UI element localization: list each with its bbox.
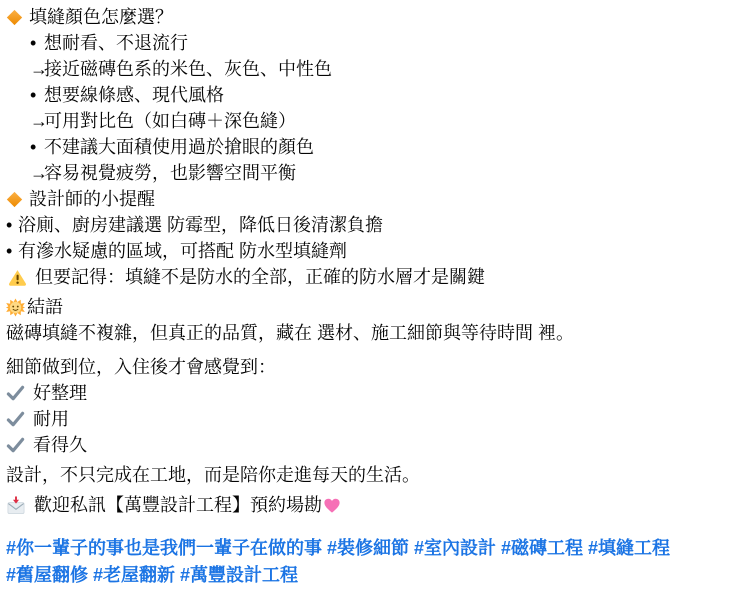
check-mark-icon (6, 385, 25, 402)
section-heading: 設計師的小提醒 (6, 186, 722, 212)
hashtag-links[interactable]: #你一輩子的事也是我們一輩子在做的事 #裝修細節 #室內設計 #磁磚工程 #填縫… (6, 535, 670, 561)
arrow-marker: → (30, 56, 44, 82)
list-item: • 不建議大面積使用過於搶眼的顏色 (6, 134, 722, 160)
hashtag-links[interactable]: #舊屋翻修 #老屋翻新 #萬豐設計工程 (6, 562, 298, 588)
pink-heart-icon (323, 497, 341, 514)
arrow-marker: → (30, 160, 44, 186)
section-heading-text: 設計師的小提醒 (29, 186, 155, 212)
hashtag-line[interactable]: #舊屋翻修 #老屋翻新 #萬豐設計工程 (6, 561, 722, 588)
list-item: → 可用對比色（如白磚＋深色縫） (6, 108, 722, 134)
checklist-item-text: 看得久 (33, 432, 87, 458)
section-heading-text: 填縫顏色怎麼選？ (29, 4, 173, 30)
hashtags-block: #你一輩子的事也是我們一輩子在做的事 #裝修細節 #室內設計 #磁磚工程 #填縫… (6, 534, 722, 588)
grout-color-section: 填縫顏色怎麼選？ • 想耐看、不退流行 → 接近磁磚色系的米色、灰色、中性色 •… (6, 4, 722, 186)
incoming-envelope-icon (6, 496, 26, 515)
orange-diamond-icon (6, 9, 23, 26)
list-item-text: 浴廁、廚房建議選 防霉型，降低日後清潔負擔 (18, 212, 383, 238)
list-item-text: 不建議大面積使用過於搶眼的顏色 (44, 134, 314, 160)
conclusion-heading: 結語 (6, 294, 722, 320)
bullet-marker: • (30, 82, 44, 108)
sun-with-face-icon (6, 298, 25, 317)
cta-text: 歡迎私訊【萬豐設計工程】預約場勘 (34, 492, 322, 518)
list-item-text: 想要線條感、現代風格 (44, 82, 224, 108)
hashtag-line[interactable]: #你一輩子的事也是我們一輩子在做的事 #裝修細節 #室內設計 #磁磚工程 #填縫… (6, 534, 722, 561)
list-item-text: 可用對比色（如白磚＋深色縫） (44, 108, 296, 134)
list-item-text: 有滲水疑慮的區域，可搭配 防水型填縫劑 (18, 238, 347, 264)
list-item: • 浴廁、廚房建議選 防霉型，降低日後清潔負擔 (6, 212, 722, 238)
warning-note: 但要記得：填縫不是防水的全部，正確的防水層才是關鍵 (6, 264, 722, 290)
warning-text: 但要記得：填縫不是防水的全部，正確的防水層才是關鍵 (35, 264, 485, 290)
warning-icon (8, 269, 27, 286)
closing-statement: 設計，不只完成在工地，而是陪你走進每天的生活。 (6, 462, 722, 488)
list-item-text: 容易視覺疲勞，也影響空間平衡 (44, 160, 296, 186)
conclusion-heading-text: 結語 (27, 294, 63, 320)
list-item: • 想耐看、不退流行 (6, 30, 722, 56)
cta-line: 歡迎私訊【萬豐設計工程】預約場勘 (6, 492, 722, 518)
bullet-marker: • (30, 30, 44, 56)
checklist-lead-in: 細節做到位，入住後才會感覺到： (6, 354, 722, 380)
list-item-text: 接近磁磚色系的米色、灰色、中性色 (44, 56, 332, 82)
orange-diamond-icon (6, 191, 23, 208)
checklist-item-text: 好整理 (33, 380, 87, 406)
designer-tips-section: 設計師的小提醒 • 浴廁、廚房建議選 防霉型，降低日後清潔負擔 • 有滲水疑慮的… (6, 186, 722, 290)
arrow-marker: → (30, 108, 44, 134)
list-item-text: 想耐看、不退流行 (44, 30, 188, 56)
conclusion-body: 磁磚填縫不複雜，但真正的品質，藏在 選材、施工細節與等待時間 裡。 (6, 320, 722, 346)
conclusion-section: 結語 磁磚填縫不複雜，但真正的品質，藏在 選材、施工細節與等待時間 裡。 (6, 294, 722, 346)
section-heading: 填縫顏色怎麼選？ (6, 4, 722, 30)
list-item: → 容易視覺疲勞，也影響空間平衡 (6, 160, 722, 186)
checklist-item: 看得久 (6, 432, 722, 458)
bullet-marker: • (6, 238, 18, 264)
check-mark-icon (6, 411, 25, 428)
checklist-item: 耐用 (6, 406, 722, 432)
checklist-item: 好整理 (6, 380, 722, 406)
checklist-item-text: 耐用 (33, 406, 69, 432)
list-item: • 有滲水疑慮的區域，可搭配 防水型填縫劑 (6, 238, 722, 264)
checklist-section: 細節做到位，入住後才會感覺到： 好整理 耐用 (6, 354, 722, 458)
list-item: → 接近磁磚色系的米色、灰色、中性色 (6, 56, 722, 82)
post-body: 填縫顏色怎麼選？ • 想耐看、不退流行 → 接近磁磚色系的米色、灰色、中性色 •… (0, 0, 730, 588)
bullet-marker: • (6, 212, 18, 238)
bullet-marker: • (30, 134, 44, 160)
list-item: • 想要線條感、現代風格 (6, 82, 722, 108)
check-mark-icon (6, 437, 25, 454)
